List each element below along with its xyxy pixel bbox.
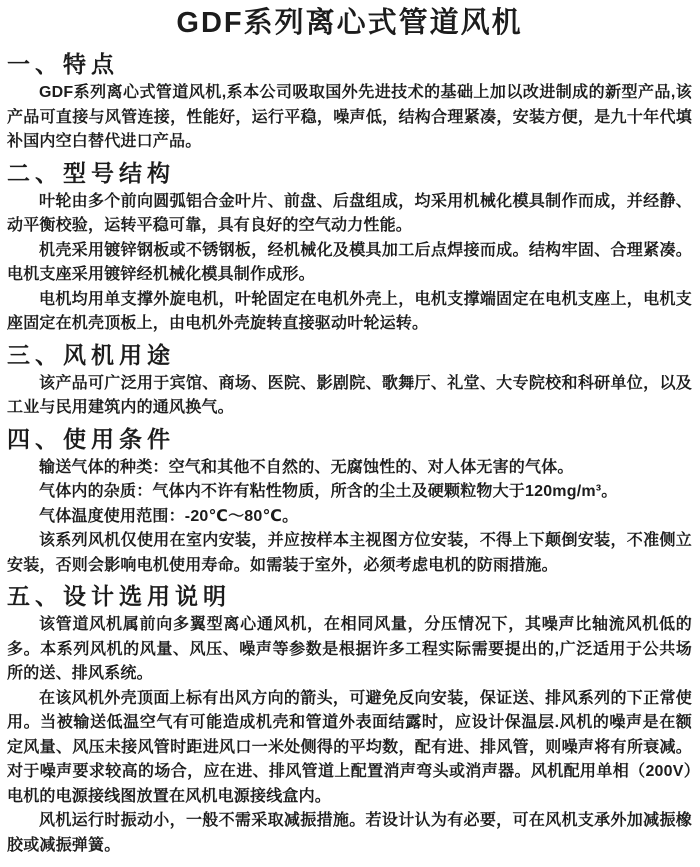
document-title: GDF系列离心式管道风机 [7, 6, 692, 40]
section-heading-operating-conditions: 四、使用条件 [7, 425, 692, 453]
paragraph: 气体内的杂质：气体内不许有粘性物质，所含的尘土及硬颗粒物大于120mg/m³。 [7, 480, 692, 505]
paragraph: 气体温度使用范围：-20℃～80℃。 [7, 505, 692, 530]
section-fan-usage: 三、风机用途 该产品可广泛用于宾馆、商场、医院、影剧院、歌舞厅、礼堂、大专院校和… [7, 341, 692, 421]
paragraph: 叶轮由多个前向圆弧铝合金叶片、前盘、后盘组成，均采用机械化模具制作而成，并经静、… [7, 190, 692, 239]
paragraph: GDF系列离心式管道风机,系本公司吸取国外先进技术的基础上加以改进制成的新型产品… [7, 81, 692, 155]
paragraph: 电机均用单支撑外旋电机，叶轮固定在电机外壳上，电机支撑端固定在电机支座上，电机支… [7, 288, 692, 337]
section-heading-features: 一、特点 [7, 50, 692, 78]
paragraph: 风机运行时振动小，一般不需采取减振措施。若设计认为有必要，可在风机支承外加减振橡… [7, 809, 692, 858]
section-model-structure: 二、型号结构 叶轮由多个前向圆弧铝合金叶片、前盘、后盘组成，均采用机械化模具制作… [7, 159, 692, 337]
section-operating-conditions: 四、使用条件 输送气体的种类：空气和其他不自然的、无腐蚀性的、对人体无害的气体。… [7, 425, 692, 579]
section-heading-fan-usage: 三、风机用途 [7, 341, 692, 369]
section-design-selection: 五、设计选用说明 该管道风机属前向多翼型离心通风机，在相同风量，分压情况下，其噪… [7, 582, 692, 858]
paragraph: 该管道风机属前向多翼型离心通风机，在相同风量，分压情况下，其噪声比轴流风机低的多… [7, 613, 692, 687]
paragraph: 机壳采用镀锌钢板或不锈钢板，经机械化及模具加工后点焊接而成。结构牢固、合理紧凑。… [7, 239, 692, 288]
section-heading-design-selection: 五、设计选用说明 [7, 582, 692, 610]
paragraph: 输送气体的种类：空气和其他不自然的、无腐蚀性的、对人体无害的气体。 [7, 456, 692, 481]
section-heading-model-structure: 二、型号结构 [7, 159, 692, 187]
paragraph: 该产品可广泛用于宾馆、商场、医院、影剧院、歌舞厅、礼堂、大专院校和科研单位，以及… [7, 372, 692, 421]
section-features: 一、特点 GDF系列离心式管道风机,系本公司吸取国外先进技术的基础上加以改进制成… [7, 50, 692, 155]
paragraph: 在该风机外壳顶面上标有出风方向的箭头，可避免反向安装，保证送、排风系列的下正常使… [7, 687, 692, 810]
document-page: GDF系列离心式管道风机 一、特点 GDF系列离心式管道风机,系本公司吸取国外先… [0, 0, 700, 867]
paragraph: 该系列风机仅使用在室内安装，并应按样本主视图方位安装，不得上下颠倒安装，不准侧立… [7, 529, 692, 578]
